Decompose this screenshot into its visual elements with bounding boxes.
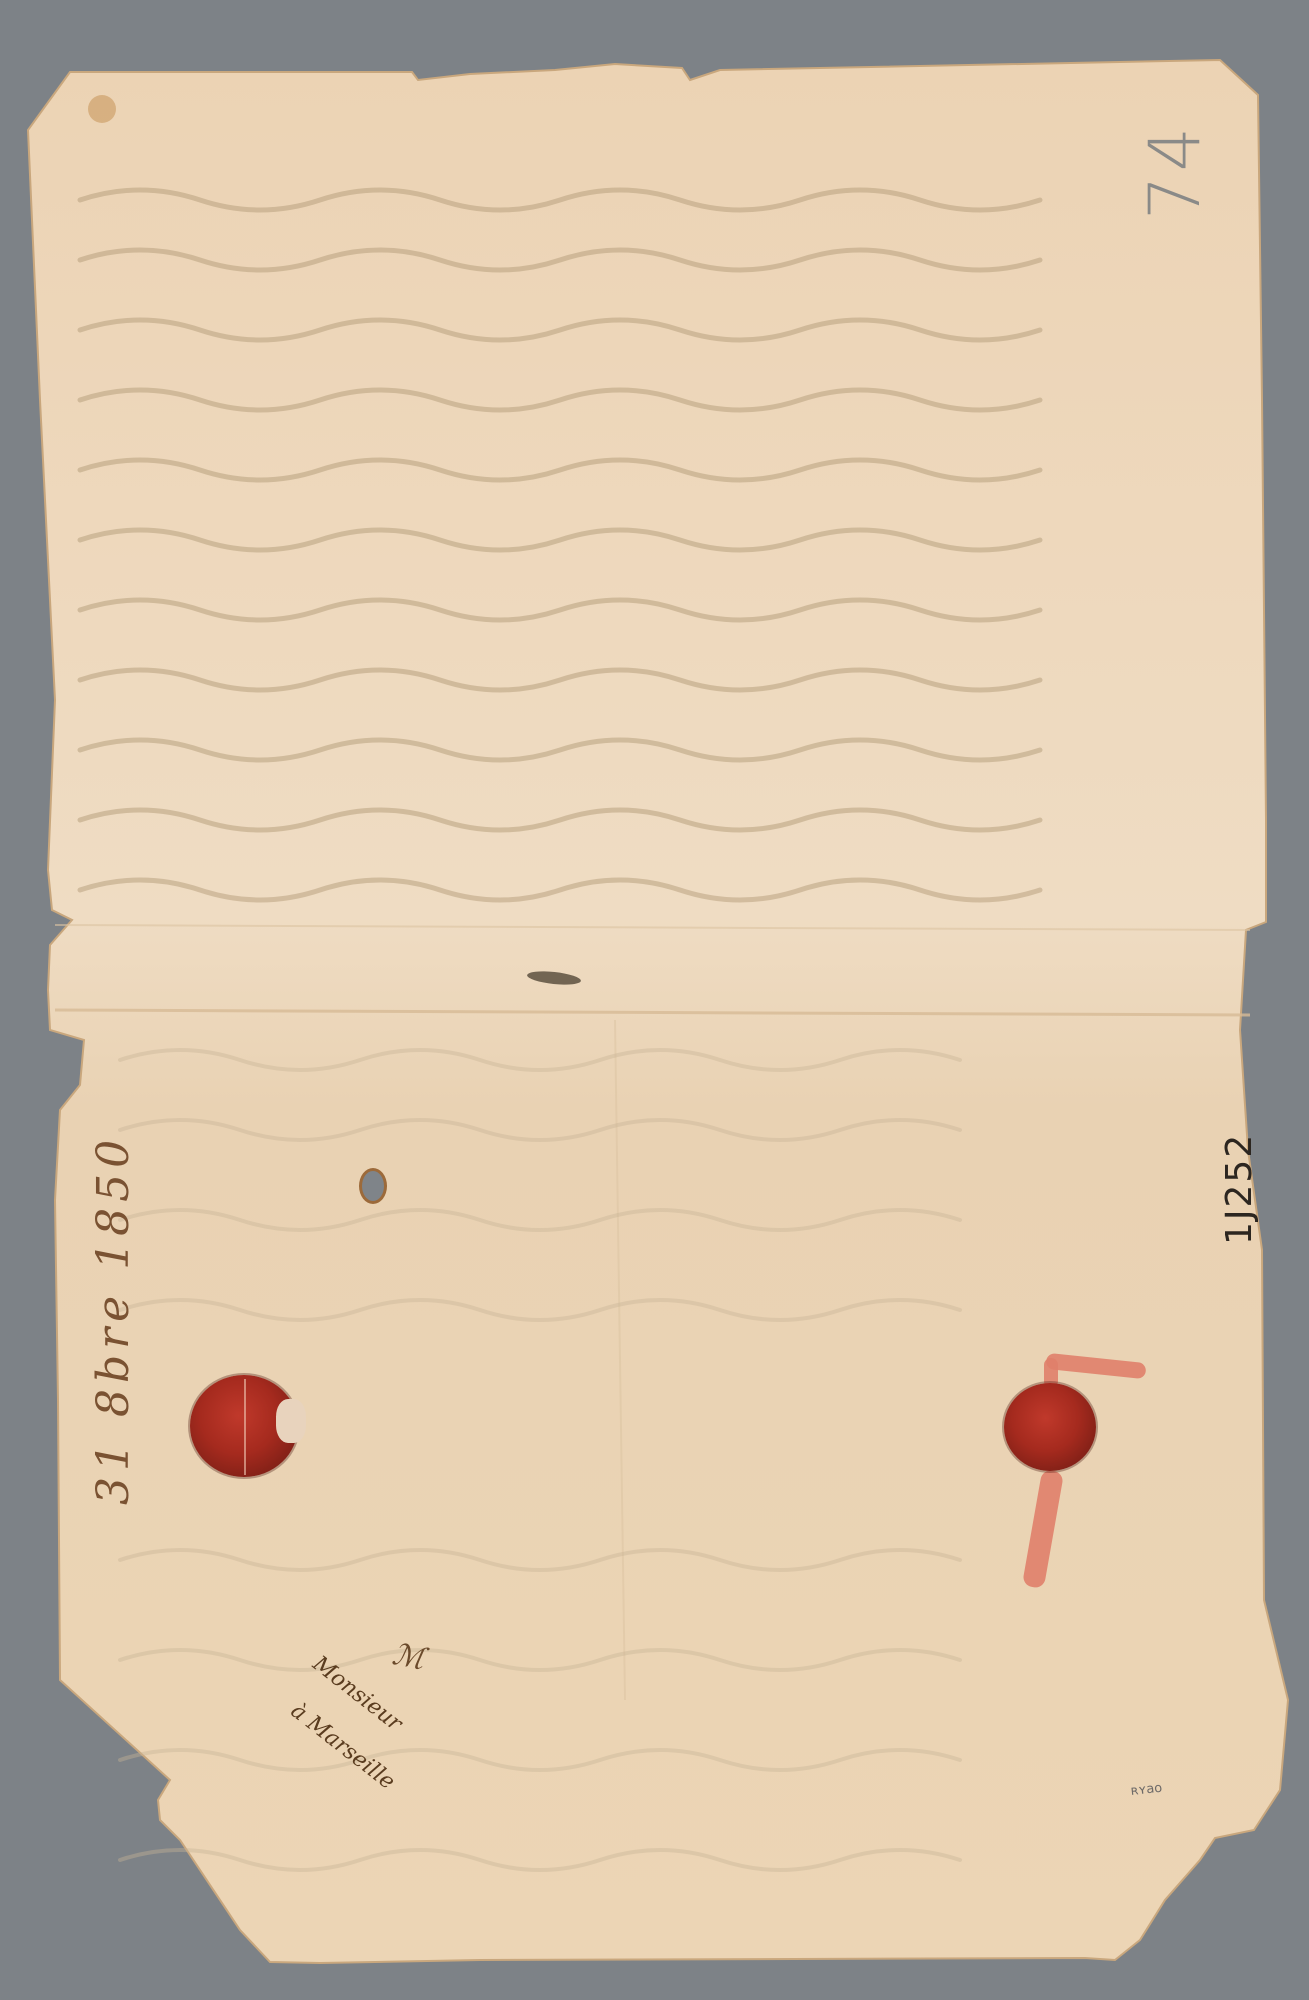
signature-flourish: ℳ [390, 1640, 427, 1675]
date-annotation: 31 8bre 1850 [92, 1134, 136, 1505]
seal-crack [244, 1379, 246, 1475]
document-viewer: 74 1J252 31 8bre 1850 Monsieur à Marseil… [0, 0, 1309, 2000]
pencil-note: ʀʏao [1130, 1782, 1163, 1798]
punch-hole [362, 1171, 384, 1201]
paper-sheet [0, 0, 1309, 2000]
seal-chip [276, 1399, 306, 1443]
folio-number: 74 [1140, 123, 1210, 220]
shelfmark-label: 1J252 [1222, 1133, 1258, 1245]
wax-seal-left [190, 1375, 298, 1477]
wax-seal-right [1004, 1383, 1096, 1471]
foxing-stain [88, 95, 116, 123]
